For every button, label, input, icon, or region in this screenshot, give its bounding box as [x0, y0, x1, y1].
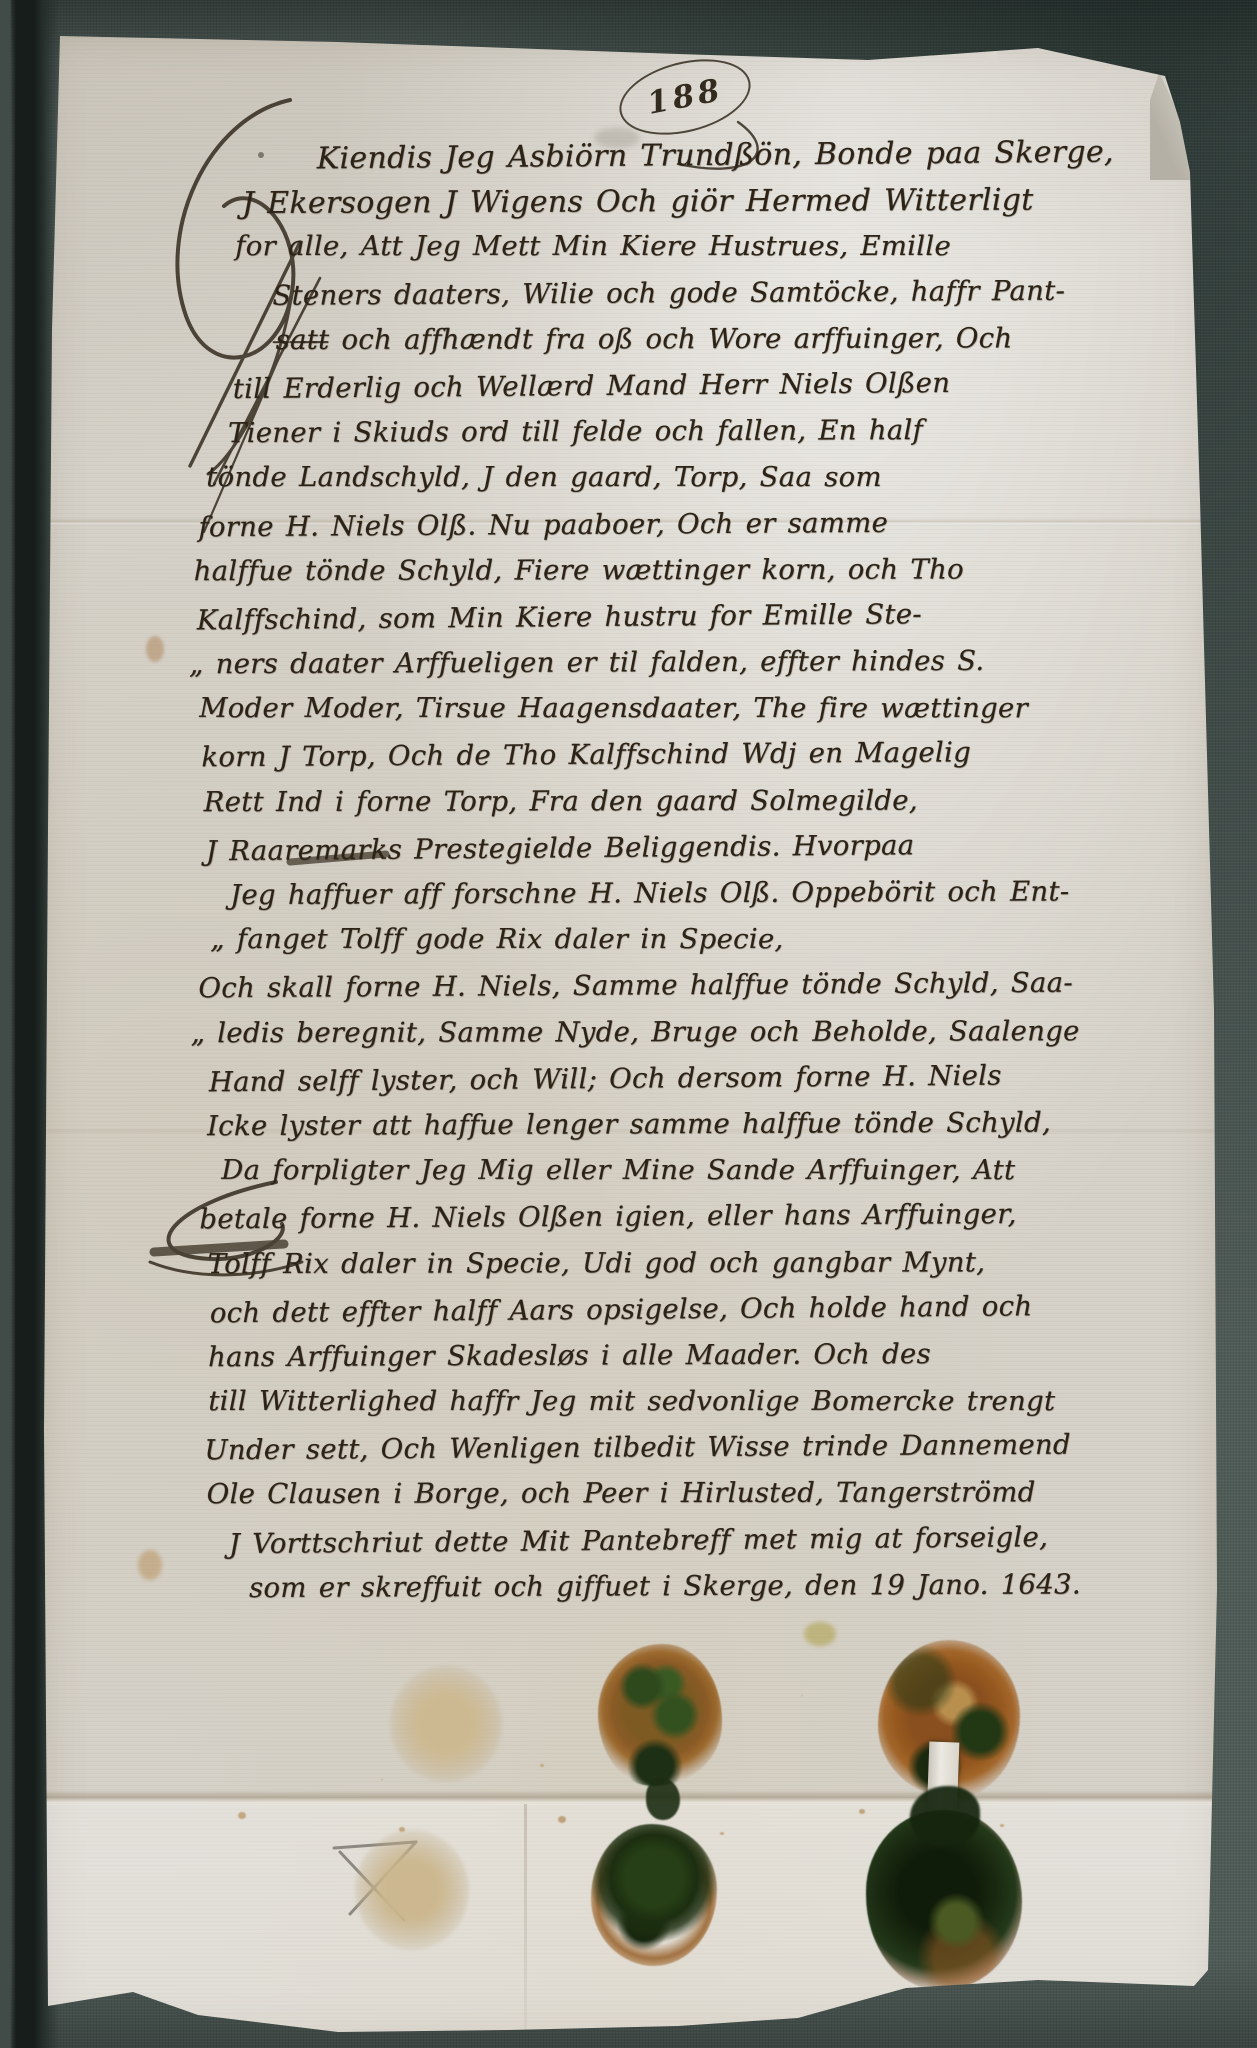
manuscript-line: som er skreffuit och giffuet i Skerge, d…: [193, 1568, 1228, 1619]
stain: [804, 1622, 836, 1646]
manuscript-line: Da forpligter Jeg Mig eller Mine Sande A…: [191, 1154, 1226, 1200]
green-rust-wax-seal: [598, 1644, 722, 1786]
manuscript-line: Under sett, Och Wenligen tilbedit Wisse …: [192, 1428, 1227, 1481]
manuscript-line: betale forne H. Niels Olßen igien, eller…: [191, 1197, 1226, 1250]
manuscript-line: „ fanget Tolff gode Rix daler in Specie,: [190, 923, 1225, 969]
manuscript-text: Kiendis Jeg Asbiörn Trundßön, Bonde paa …: [187, 136, 1228, 1619]
manuscript-line: korn J Torp, Och de Tho Kalffschind Wdj …: [189, 735, 1224, 788]
manuscript-line: Kalffschind, som Min Kiere hustru for Em…: [189, 595, 1224, 650]
manuscript-line: „ ledis beregnit, Samme Nyde, Bruge och …: [191, 1014, 1226, 1063]
stain: [146, 636, 164, 662]
manuscript-line: och dett effter halff Aars opsigelse, Oc…: [192, 1288, 1227, 1343]
manuscript-line: Icke lyster att haffue lenger samme half…: [191, 1106, 1226, 1157]
manuscript-line: J Vorttschriut dette Mit Pantebreff met …: [193, 1519, 1228, 1574]
manuscript-line: J Raaremarks Prestegielde Beliggendis. H…: [190, 826, 1225, 881]
manuscript-line: Hand selff lyster, och Will; Och dersom …: [191, 1057, 1226, 1112]
page-number: 188: [644, 72, 726, 122]
page-number-flourish: 188: [612, 47, 759, 147]
manuscript-page: 188 Kiendis Jeg Asbiörn Trundßön, Bonde …: [38, 30, 1223, 2042]
manuscript-line: Moder Moder, Tirsue Haagensdaater, The f…: [189, 692, 1224, 738]
manuscript-line: Och skall forne H. Niels, Samme halffue …: [190, 966, 1225, 1019]
manuscript-line: forne H. Niels Olß. Nu paaboer, Och er s…: [188, 504, 1223, 557]
manuscript-line: s̶a̶t̶t̶ och affhændt fra oß och Wore ar…: [188, 322, 1223, 371]
manuscript-line: J Ekersogen J Wigens Och giör Hermed Wit…: [187, 182, 1222, 233]
manuscript-line: Rett Ind i forne Torp, Fra den gaard Sol…: [190, 783, 1225, 832]
manuscript-line: till Erderlig och Wellærd Mand Herr Niel…: [188, 365, 1223, 420]
manuscript-line: hans Arffuinger Skadesløs i alle Maader.…: [192, 1337, 1227, 1388]
manuscript-line: Tiener i Skiuds ord till felde och falle…: [188, 413, 1223, 464]
manuscript-line: for alle, Att Jeg Mett Min Kiere Hustrue…: [187, 230, 1222, 276]
manuscript-line: Steners daaters, Wilie och gode Samtöcke…: [187, 273, 1222, 326]
stain: [138, 1550, 162, 1580]
manuscript-line: tönde Landschyld, J den gaard, Torp, Saa…: [188, 461, 1223, 507]
manuscript-line: halffue tönde Schyld, Fiere wættinger ko…: [189, 553, 1224, 602]
manuscript-line: till Witterlighed haffr Jeg mit sedvonli…: [192, 1385, 1227, 1431]
manuscript-line: Jeg haffuer aff forschne H. Niels Olß. O…: [190, 875, 1225, 926]
manuscript-line: „ ners daater Arffueligen er til falden,…: [189, 644, 1224, 695]
manuscript-line: Tolff Rix daler in Specie, Udi god och g…: [192, 1245, 1227, 1294]
rust-wax-seal: [878, 1640, 1020, 1798]
stain: [634, 1656, 649, 1669]
manuscript-line: Ole Clausen i Borge, och Peer i Hirluste…: [193, 1476, 1228, 1525]
vertical-crease: [524, 1804, 527, 2036]
manuscript-line: Kiendis Jeg Asbiörn Trundßön, Bonde paa …: [187, 134, 1222, 189]
faded-wax-seal-stain: [390, 1666, 502, 1782]
